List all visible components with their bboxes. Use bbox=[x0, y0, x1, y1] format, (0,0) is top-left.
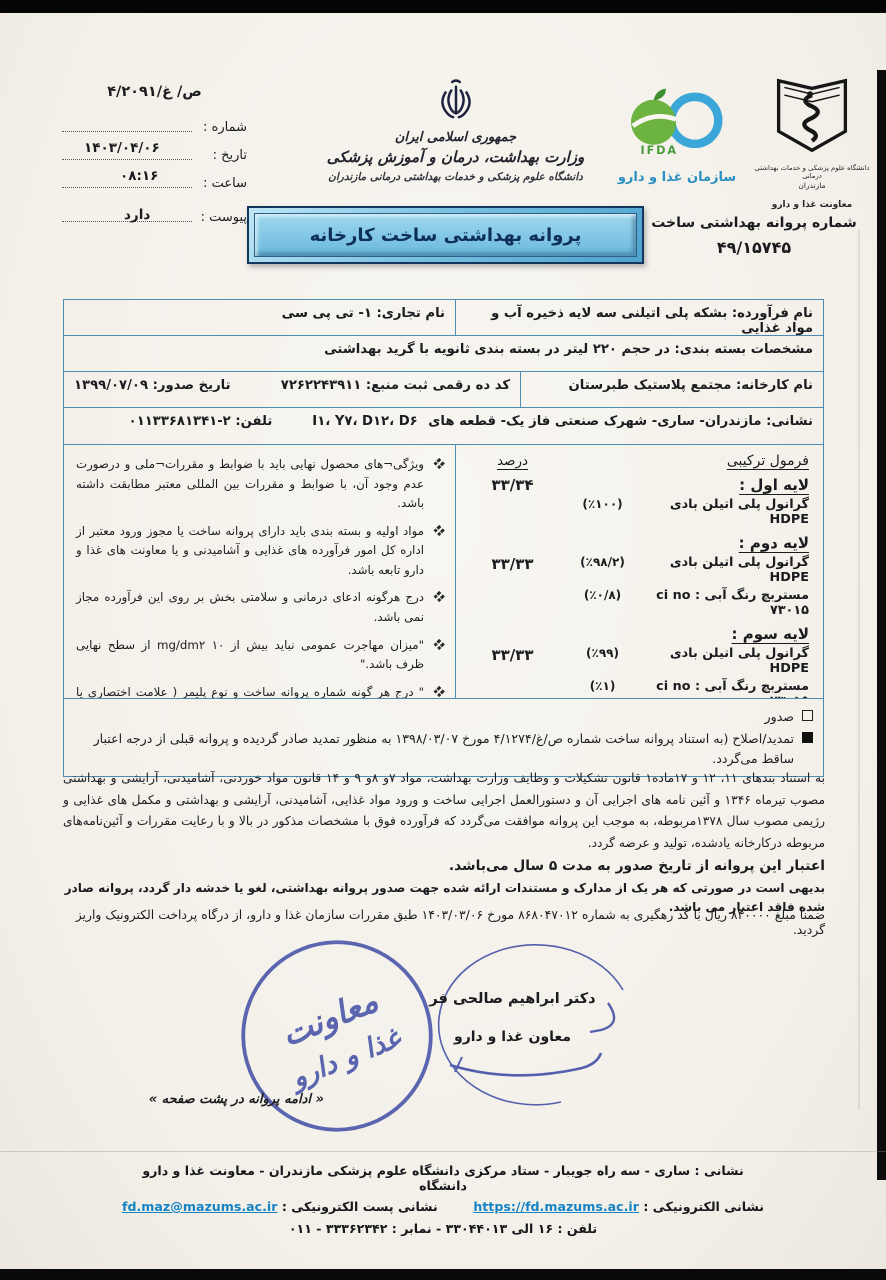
university-logo-icon bbox=[768, 76, 856, 158]
footer-email-group: نشانی پست الکترونیکی : fd.maz@mazums.ac.… bbox=[122, 1199, 438, 1214]
renewal-text: تمدید/اصلاح (به استناد پروانه ساخت شماره… bbox=[74, 729, 794, 769]
website-link: https://fd.mazums.ac.ir bbox=[473, 1199, 639, 1214]
dotted-line bbox=[62, 159, 192, 160]
note-item: مواد اولیه و بسته بندی باید دارای پروانه… bbox=[76, 522, 443, 581]
note-item: درج هرگونه ادعای درمانی و سلامتی بخش بر … bbox=[76, 588, 443, 627]
reference-number: ص/ غ/۴/۲۰۹۱ bbox=[62, 84, 247, 100]
date-label: تاریخ : bbox=[213, 148, 247, 163]
footer: نشانی : ساری - سه راه جویبار - ستاد مرکز… bbox=[118, 1163, 768, 1236]
gov-line-3: دانشگاه علوم پزشکی و خدمات بهداشتی درمان… bbox=[298, 171, 613, 183]
email-label: نشانی پست الکترونیکی : bbox=[282, 1199, 438, 1214]
legal-paragraph: به استناد بندهای ۱۱، ۱۲ و ۱۷ماده۱ قانون … bbox=[63, 768, 825, 855]
meta-block: ص/ غ/۴/۲۰۹۱ شماره : تاریخ : ۱۴۰۳/۰۴/۰۶ س… bbox=[62, 84, 247, 227]
continue-note: « ادامه پروانه در پشت صفحه » bbox=[74, 1092, 324, 1107]
renewal-option: تمدید/اصلاح (به استناد پروانه ساخت شماره… bbox=[74, 729, 813, 769]
time-label: ساعت : bbox=[203, 176, 247, 191]
material-name: گرانول پلی اتیلن بادی HDPE bbox=[650, 555, 809, 585]
legal-section: به استناد بندهای ۱۱، ۱۲ و ۱۷ماده۱ قانون … bbox=[63, 768, 825, 874]
note-text: درج هرگونه ادعای درمانی و سلامتی بخش بر … bbox=[76, 590, 424, 624]
dotted-line bbox=[62, 187, 192, 188]
diamond-bullet-icon bbox=[432, 591, 445, 604]
scan-artifact-top bbox=[0, 0, 886, 13]
layer-percent: ۳۳/۳۳ bbox=[470, 646, 555, 676]
material-share: (٪۱۰۰) bbox=[555, 497, 650, 527]
paper-crease bbox=[0, 1151, 886, 1152]
note-item: " درج هر گونه شماره پروانه ساخت و نوع پل… bbox=[76, 683, 443, 698]
table-row: نشانی: مازندران- ساری- شهرک صنعتی فاز یک… bbox=[64, 407, 823, 444]
layer-name: لایه اول : bbox=[650, 476, 809, 494]
packaging-cell: مشخصات بسته بندی: در حجم ۲۲۰ لیتر در بست… bbox=[64, 336, 823, 371]
formula-layer: لایه سوم : ۳۳/۳۳ گرانول پلی اتیلن بادی H… bbox=[470, 625, 809, 698]
attachment-row: پیوست : دارد bbox=[62, 199, 247, 227]
material-name: گرانول پلی اتیلن بادی HDPE bbox=[650, 646, 809, 676]
table-row: نام کارخانه: مجتمع پلاستیک طبرستان کد ده… bbox=[64, 371, 823, 407]
document-page: ص/ غ/۴/۲۰۹۱ شماره : تاریخ : ۱۴۰۳/۰۴/۰۶ س… bbox=[0, 0, 886, 1280]
material-share: (٪۹۹) bbox=[555, 646, 650, 676]
time-value: ۰۸:۱۶ bbox=[120, 168, 158, 184]
iran-emblem-icon bbox=[437, 78, 475, 124]
ifda-logo-block: IFDA سازمان غذا و دارو bbox=[612, 86, 742, 185]
note-text: ویژگی¬های محصول نهایی باید با ضوابط و مق… bbox=[76, 457, 424, 510]
diamond-bullet-icon bbox=[432, 457, 445, 470]
web-label: نشانی الکترونیکی : bbox=[643, 1199, 764, 1214]
note-text: " درج هر گونه شماره پروانه ساخت و نوع پل… bbox=[76, 685, 424, 698]
table-row: مشخصات بسته بندی: در حجم ۲۲۰ لیتر در بست… bbox=[64, 335, 823, 371]
issue-option: صدور bbox=[74, 707, 813, 727]
attachment-value: دارد bbox=[124, 207, 150, 223]
issue-date: تاریخ صدور: ۱۳۹۹/۰۷/۰۹ bbox=[74, 378, 231, 402]
diamond-bullet-icon bbox=[432, 524, 445, 537]
material-share: (٪۹۸/۲) bbox=[555, 555, 650, 585]
signature-scribble bbox=[408, 935, 648, 1115]
title-box: پروانه بهداشتی ساخت کارخانه bbox=[247, 206, 644, 264]
license-table: نام فرآورده: بشکه پلی اتیلنی سه لایه ذخی… bbox=[63, 299, 824, 777]
formula-title: فرمول ترکیبی bbox=[650, 453, 809, 469]
note-text: مواد اولیه و بسته بندی باید دارای پروانه… bbox=[76, 524, 424, 577]
diamond-bullet-icon bbox=[432, 685, 445, 698]
issue-label: صدور bbox=[765, 707, 794, 727]
footer-links-row: نشانی الکترونیکی : https://fd.mazums.ac.… bbox=[118, 1199, 768, 1214]
footer-web-group: نشانی الکترونیکی : https://fd.mazums.ac.… bbox=[473, 1199, 764, 1214]
deputy-caption: معاونت غذا و دارو bbox=[748, 200, 876, 210]
validity-statement: اعتبار این پروانه از تاریخ صدور به مدت ۵… bbox=[63, 858, 825, 874]
number-label: شماره : bbox=[203, 120, 247, 135]
factory-name-cell: نام کارخانه: مجتمع پلاستیک طبرستان bbox=[520, 372, 823, 407]
product-name-cell: نام فرآورده: بشکه پلی اتیلنی سه لایه ذخی… bbox=[455, 300, 823, 335]
number-row: شماره : bbox=[62, 109, 247, 137]
license-number-value: ۴۹/۱۵۷۴۵ bbox=[628, 238, 880, 257]
diamond-bullet-icon bbox=[432, 638, 445, 651]
svg-text:دانشگاه علوم پزشکی و خدمات بهد: دانشگاه علوم پزشکی و خدمات بهداشتی درمان… bbox=[195, 966, 201, 981]
footer-address: نشانی : ساری - سه راه جویبار - ستاد مرکز… bbox=[118, 1163, 768, 1193]
layer-percent: ۳۳/۳۴ bbox=[470, 476, 555, 494]
time-row: ساعت : ۰۸:۱۶ bbox=[62, 165, 247, 193]
plot-codes: ‪I۱‬، ‪Y۷‬، ‪D۱۲‬، ‪D۶‬ bbox=[312, 414, 417, 429]
layer-name: لایه سوم : bbox=[650, 625, 809, 643]
dotted-line bbox=[62, 131, 192, 132]
document-title: پروانه بهداشتی ساخت کارخانه bbox=[310, 225, 582, 246]
ifda-logo-icon: IFDA bbox=[616, 86, 738, 166]
table-row: نام فرآورده: بشکه پلی اتیلنی سه لایه ذخی… bbox=[64, 300, 823, 335]
ifda-acronym: IFDA bbox=[641, 144, 678, 157]
license-number-label: شماره پروانه بهداشتی ساخت bbox=[628, 215, 880, 231]
trade-name-cell: نام تجاری: ۱- تی پی سی bbox=[64, 300, 455, 335]
material-name: مستربچ رنگ آبی ‪ci no : ۷۳۰۱۵‬ bbox=[650, 588, 809, 618]
factory-phone: تلفن: ۲-۰۱۱۳۳۶۸۱۳۴۱ bbox=[129, 414, 273, 429]
footer-phones: تلفن : ۱۶ الی ۳۳۰۴۴۰۱۳ - نمابر : ۳۳۳۶۲۳۴… bbox=[118, 1221, 768, 1236]
layer-name: لایه دوم : bbox=[650, 534, 809, 552]
material-name: مستربچ رنگ آبی ‪ci no : ۷۳۰۱۵‬ bbox=[650, 679, 809, 698]
issue-checkbox-unchecked bbox=[802, 710, 813, 721]
formula-column: فرمول ترکیبی درصد لایه اول : ۳۳/۳۴ گرانو… bbox=[455, 445, 823, 698]
table-row: صدور تمدید/اصلاح (به استناد پروانه ساخت … bbox=[64, 698, 823, 776]
gov-line-1: جمهوری اسلامی ایران bbox=[298, 130, 613, 145]
note-text: "میزان مهاجرت عمومی نباید بیش از ۱۰ ‪mg/… bbox=[76, 638, 424, 672]
university-caption-city: مازندران bbox=[748, 181, 876, 190]
material-name: گرانول پلی اتیلن بادی HDPE bbox=[650, 497, 809, 527]
date-value: ۱۴۰۳/۰۴/۰۶ bbox=[84, 140, 160, 156]
source-code: کد ده رقمی ثبت منبع: ۷۲۶۲۲۴۳۹۱۱ bbox=[281, 378, 510, 402]
formula-layer: لایه دوم : ۳۳/۳۳ گرانول پلی اتیلن بادی H… bbox=[470, 534, 809, 618]
note-item: "میزان مهاجرت عمومی نباید بیش از ۱۰ ‪mg/… bbox=[76, 636, 443, 675]
signer-name: دکتر ابراهیم صالحی فر bbox=[400, 991, 625, 1007]
government-header: جمهوری اسلامی ایران وزارت بهداشت، درمان … bbox=[298, 78, 613, 183]
date-row: تاریخ : ۱۴۰۳/۰۴/۰۶ bbox=[62, 137, 247, 165]
email-link: fd.maz@mazums.ac.ir bbox=[122, 1199, 277, 1214]
signer-role: معاون غذا و دارو bbox=[400, 1029, 625, 1045]
title-box-inner: پروانه بهداشتی ساخت کارخانه bbox=[254, 213, 637, 257]
notes-column: ویژگی¬های محصول نهایی باید با ضوابط و مق… bbox=[64, 445, 455, 698]
gov-line-2: وزارت بهداشت، درمان و آموزش پزشکی bbox=[298, 148, 613, 166]
registration-cell: کد ده رقمی ثبت منبع: ۷۲۶۲۲۴۳۹۱۱ تاریخ صد… bbox=[64, 372, 520, 407]
renewal-checkbox-checked bbox=[802, 732, 813, 743]
scan-artifact-bottom bbox=[0, 1269, 886, 1280]
material-share: (٪۰/۸) bbox=[555, 588, 650, 618]
scan-edge-shadow bbox=[858, 230, 860, 1110]
stamp-ring-text: دانشگاه علوم پزشکی و خدمات بهداشتی درمان… bbox=[195, 966, 201, 981]
material-share: (٪۱) bbox=[555, 679, 650, 698]
university-caption: دانشگاه علوم پزشکی و خدمات بهداشتی درمان… bbox=[748, 164, 876, 180]
address-text: نشانی: مازندران- ساری- شهرک صنعتی فاز یک… bbox=[424, 414, 813, 429]
formula-header: فرمول ترکیبی درصد bbox=[470, 453, 809, 469]
ifda-name: سازمان غذا و دارو bbox=[612, 170, 742, 185]
formula-layer: لایه اول : ۳۳/۳۴ گرانول پلی اتیلن بادی H… bbox=[470, 476, 809, 527]
issuance-cell: صدور تمدید/اصلاح (به استناد پروانه ساخت … bbox=[64, 699, 823, 776]
note-item: ویژگی¬های محصول نهایی باید با ضوابط و مق… bbox=[76, 455, 443, 514]
layer-percent: ۳۳/۳۳ bbox=[470, 555, 555, 585]
license-number-block: شماره پروانه بهداشتی ساخت ۴۹/۱۵۷۴۵ bbox=[628, 215, 880, 257]
university-logo-block: دانشگاه علوم پزشکی و خدمات بهداشتی درمان… bbox=[748, 76, 876, 210]
address-cell: نشانی: مازندران- ساری- شهرک صنعتی فاز یک… bbox=[64, 408, 823, 444]
table-row: فرمول ترکیبی درصد لایه اول : ۳۳/۳۴ گرانو… bbox=[64, 444, 823, 698]
percent-header: درصد bbox=[470, 453, 555, 469]
attachment-label: پیوست : bbox=[201, 210, 247, 225]
